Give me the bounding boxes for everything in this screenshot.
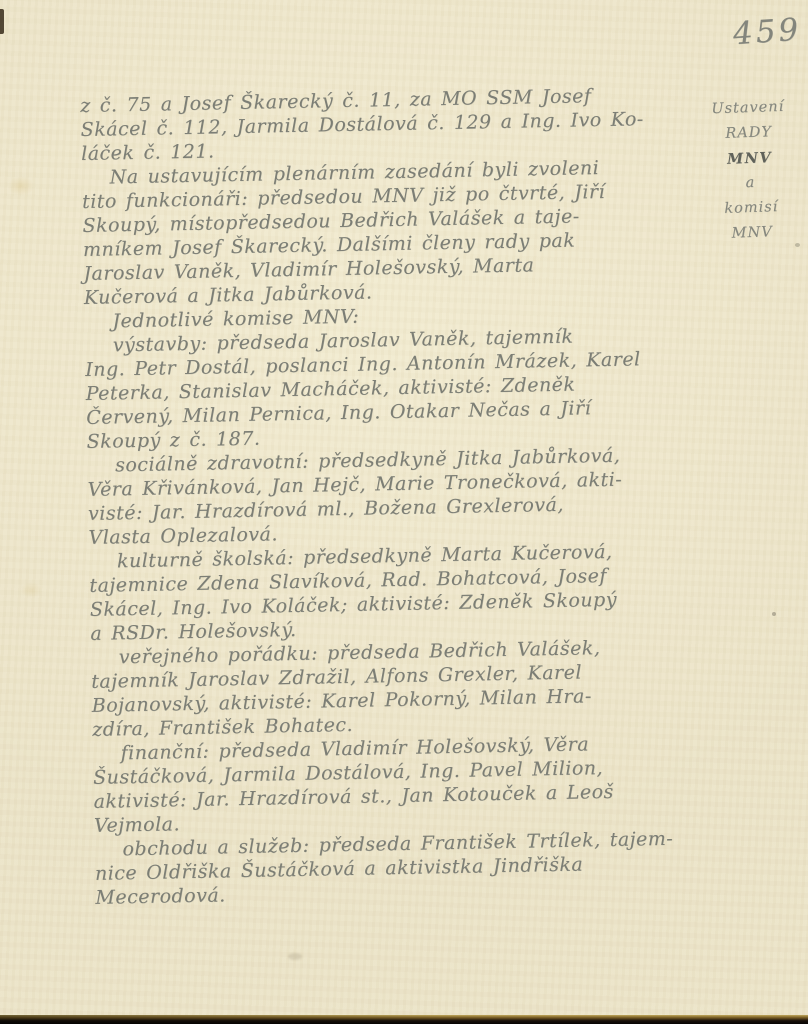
corner-mark	[0, 9, 4, 34]
book-edge-shadow	[0, 1015, 808, 1024]
paper-speck	[288, 953, 302, 960]
margin-note-line: komisí	[703, 194, 800, 222]
manuscript-page: 459 UstaveníRADYMNVakomisíMNV z č. 75 a …	[0, 0, 808, 1024]
margin-note-line: MNV	[704, 219, 801, 247]
margin-note-line: Ustavení	[699, 94, 796, 122]
page-number: 459	[732, 12, 803, 53]
paper-stain	[20, 582, 42, 598]
margin-note-line: a	[702, 169, 799, 197]
paper-speck	[772, 612, 776, 616]
paper-stain	[8, 176, 34, 196]
margin-note-line: RADY	[700, 119, 797, 147]
manuscript-text: z č. 75 a Josef Škarecký č. 11, za MO SS…	[80, 82, 728, 910]
margin-note-line: MNV	[701, 144, 798, 172]
